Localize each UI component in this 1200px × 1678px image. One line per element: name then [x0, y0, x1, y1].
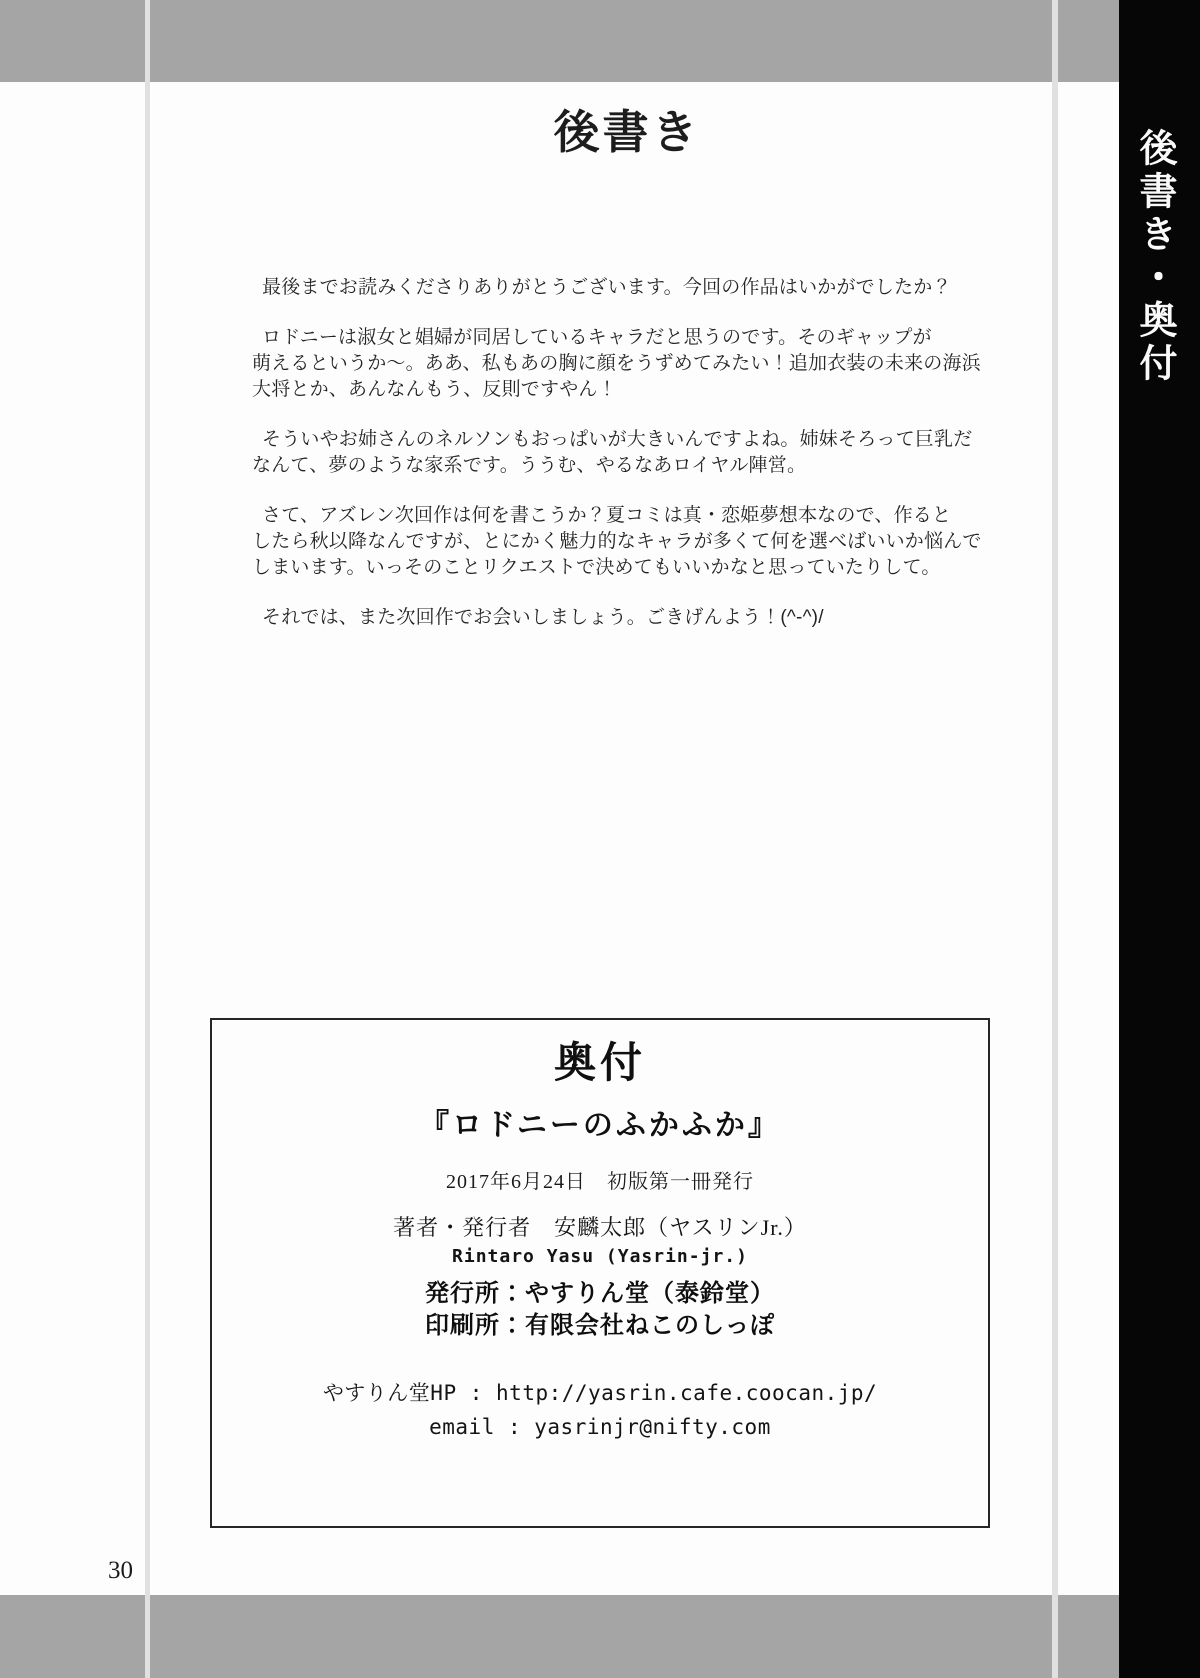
- afterword-paragraph: ロドニーは淑女と娼婦が同居しているキャラだと思うのです。そのギャップが 萌えると…: [252, 325, 1022, 403]
- edition-date-line: 2017年6月24日 初版第一冊発行: [212, 1170, 988, 1194]
- side-tab-vertical-label: 後書き・奥付: [1127, 128, 1182, 1528]
- left-margin-rule: [145, 0, 150, 1678]
- afterword-line: さて、アズレン次回作は何を書こうか？夏コミは真・恋姫夢想本なので、作ると: [252, 503, 1022, 529]
- colophon-box: 奥付 『ロドニーのふかふか』 2017年6月24日 初版第一冊発行 著者・発行者…: [210, 1018, 990, 1528]
- book-title: 『ロドニーのふかふか』: [212, 1108, 988, 1144]
- top-gray-band: [0, 0, 1119, 82]
- bottom-gray-band: [0, 1595, 1119, 1678]
- afterword-line: したら秋以降なんですが、とにかく魅力的なキャラが多くて何を選べばいいか悩んで: [252, 529, 1022, 555]
- colophon-heading: 奥付: [212, 1040, 988, 1086]
- right-margin-rule: [1052, 0, 1058, 1678]
- email-line: email : yasrinjr@nifty.com: [212, 1412, 988, 1442]
- afterword-line: なんて、夢のような家系です。ううむ、やるなあロイヤル陣営。: [252, 453, 1022, 479]
- page-title: 後書き: [176, 106, 1078, 158]
- afterword-paragraph: 最後までお読みくださりありがとうございます。今回の作品はいかがでしたか？: [252, 275, 1022, 301]
- scanned-page: 後書き・奥付 後書き 最後までお読みくださりありがとうございます。今回の作品はい…: [0, 0, 1200, 1678]
- afterword-line: しまいます。いっそのことリクエストで決めてもいいかなと思っていたりして。: [252, 555, 1022, 581]
- afterword-paragraph: そういやお姉さんのネルソンもおっぱいが大きいんですよね。姉妹そろって巨乳だ なん…: [252, 427, 1022, 479]
- afterword-paragraph: それでは、また次回作でお会いしましょう。ごきげんよう！(^-^)/: [252, 605, 1022, 631]
- afterword-line: そういやお姉さんのネルソンもおっぱいが大きいんですよね。姉妹そろって巨乳だ: [252, 427, 1022, 453]
- website-line: やすりん堂HP : http://yasrin.cafe.coocan.jp/: [212, 1378, 988, 1408]
- afterword-paragraph: さて、アズレン次回作は何を書こうか？夏コミは真・恋姫夢想本なので、作ると したら…: [252, 503, 1022, 581]
- afterword-line: 最後までお読みくださりありがとうございます。今回の作品はいかがでしたか？: [252, 275, 1022, 301]
- afterword-line: 大将とか、あんなんもう、反則ですやん！: [252, 377, 1022, 403]
- author-line: 著者・発行者 安麟太郎（ヤスリンJr.）: [212, 1214, 988, 1242]
- afterword-line: 萌えるというか～。ああ、私もあの胸に顔をうずめてみたい！追加衣装の未来の海浜: [252, 351, 1022, 377]
- printer-line: 印刷所：有限会社ねこのしっぽ: [212, 1310, 988, 1342]
- author-romaji-line: Rintaro Yasu (Yasrin-jr.): [212, 1244, 988, 1270]
- afterword-body: 最後までお読みくださりありがとうございます。今回の作品はいかがでしたか？ ロドニ…: [252, 275, 1022, 655]
- afterword-line: ロドニーは淑女と娼婦が同居しているキャラだと思うのです。そのギャップが: [252, 325, 1022, 351]
- publisher-line: 発行所：やすりん堂（泰鈴堂）: [212, 1278, 988, 1310]
- page-number: 30: [78, 1556, 133, 1586]
- afterword-line: それでは、また次回作でお会いしましょう。ごきげんよう！(^-^)/: [252, 605, 1022, 631]
